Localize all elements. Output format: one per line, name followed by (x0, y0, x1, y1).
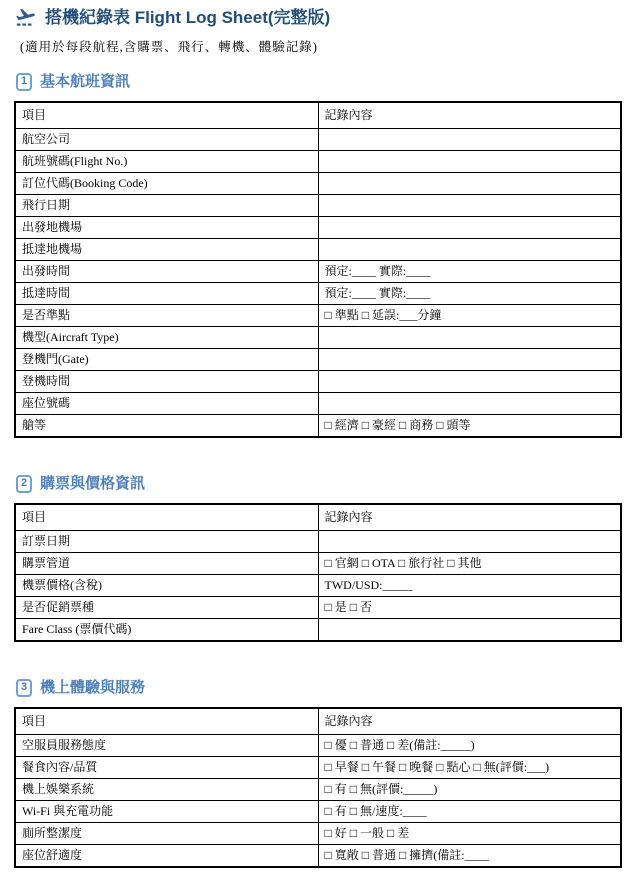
table-row: 訂票日期 (15, 531, 621, 553)
table-row: 座位號碼 (15, 393, 621, 415)
content-cell (318, 173, 621, 195)
section-heading: 2 購票與價格資訊 (16, 474, 622, 493)
table-row: Fare Class (票價代碼) (15, 619, 621, 642)
content-cell (318, 531, 621, 553)
content-cell (318, 371, 621, 393)
content-cell: 預定:____ 實際:____ (318, 283, 621, 305)
item-cell: 是否促銷票種 (15, 597, 318, 619)
section-heading-text: 機上體驗與服務 (40, 678, 145, 697)
document-page: 搭機紀錄表 Flight Log Sheet(完整版) (適用於每段航程,含購票… (0, 0, 636, 868)
content-cell (318, 619, 621, 642)
table-row: 登機門(Gate) (15, 349, 621, 371)
item-cell: 出發地機場 (15, 217, 318, 239)
column-header-content: 記錄內容 (318, 504, 621, 531)
section-heading-text: 基本航班資訊 (40, 72, 130, 91)
item-cell: 航班號碼(Flight No.) (15, 151, 318, 173)
table-row: 登機時間 (15, 371, 621, 393)
document-subtitle: (適用於每段航程,含購票、飛行、轉機、體驗記錄) (20, 37, 622, 55)
content-cell: □ 好 □ 一般 □ 差 (318, 823, 621, 845)
content-cell: □ 有 □ 無(評價:_____) (318, 779, 621, 801)
item-cell: 座位舒適度 (15, 845, 318, 868)
content-cell: □ 寬敞 □ 普通 □ 擁擠(備註:____ (318, 845, 621, 868)
content-cell: 預定:____ 實際:____ (318, 261, 621, 283)
item-cell: 空服員服務態度 (15, 735, 318, 757)
table-row: 廁所整潔度□ 好 □ 一般 □ 差 (15, 823, 621, 845)
table-row: 座位舒適度□ 寬敞 □ 普通 □ 擁擠(備註:____ (15, 845, 621, 868)
table-row: 購票管道□ 官網 □ OTA □ 旅行社 □ 其他 (15, 553, 621, 575)
section-basic-flight-info: 1 基本航班資訊 項目 記錄內容 航空公司航班號碼(Flight No.)訂位代… (14, 72, 622, 438)
document-title-text: 搭機紀錄表 Flight Log Sheet(完整版) (45, 6, 330, 30)
item-cell: 機上娛樂系統 (15, 779, 318, 801)
item-cell: 購票管道 (15, 553, 318, 575)
item-cell: 登機時間 (15, 371, 318, 393)
item-cell: 是否準點 (15, 305, 318, 327)
table-row: 出發地機場 (15, 217, 621, 239)
column-header-item: 項目 (15, 504, 318, 531)
content-cell: □ 準點 □ 延誤:___分鐘 (318, 305, 621, 327)
column-header-item: 項目 (15, 708, 318, 735)
content-cell (318, 217, 621, 239)
item-cell: Wi-Fi 與充電功能 (15, 801, 318, 823)
table-row: 航班號碼(Flight No.) (15, 151, 621, 173)
section-heading: 1 基本航班資訊 (16, 72, 622, 91)
item-cell: 航空公司 (15, 129, 318, 151)
content-cell (318, 327, 621, 349)
table-row: 抵達地機場 (15, 239, 621, 261)
item-cell: Fare Class (票價代碼) (15, 619, 318, 642)
content-cell (318, 129, 621, 151)
ticket-price-table: 項目 記錄內容 訂票日期購票管道□ 官網 □ OTA □ 旅行社 □ 其他機票價… (14, 503, 622, 642)
content-cell: □ 是 □ 否 (318, 597, 621, 619)
section-heading: 3 機上體驗與服務 (16, 678, 622, 697)
section-heading-text: 購票與價格資訊 (40, 474, 145, 493)
item-cell: 艙等 (15, 415, 318, 438)
item-cell: 訂票日期 (15, 531, 318, 553)
item-cell: 飛行日期 (15, 195, 318, 217)
item-cell: 抵達地機場 (15, 239, 318, 261)
content-cell: □ 優 □ 普通 □ 差(備註:_____) (318, 735, 621, 757)
column-header-content: 記錄內容 (318, 102, 621, 129)
table-row: 機上娛樂系統□ 有 □ 無(評價:_____) (15, 779, 621, 801)
column-header-content: 記錄內容 (318, 708, 621, 735)
keycap-3-icon: 3 (16, 679, 32, 697)
table-row: 出發時間預定:____ 實際:____ (15, 261, 621, 283)
content-cell (318, 349, 621, 371)
table-row: 機型(Aircraft Type) (15, 327, 621, 349)
table-row: Wi-Fi 與充電功能□ 有 □ 無/速度:____ (15, 801, 621, 823)
section-ticket-price-info: 2 購票與價格資訊 項目 記錄內容 訂票日期購票管道□ 官網 □ OTA □ 旅… (14, 474, 622, 642)
content-cell (318, 195, 621, 217)
table-row: 飛行日期 (15, 195, 621, 217)
table-row: 航空公司 (15, 129, 621, 151)
table-row: 餐食內容/品質□ 早餐 □ 午餐 □ 晚餐 □ 點心 □ 無(評價:___) (15, 757, 621, 779)
content-cell (318, 393, 621, 415)
column-header-item: 項目 (15, 102, 318, 129)
content-cell: TWD/USD:_____ (318, 575, 621, 597)
table-row: 訂位代碼(Booking Code) (15, 173, 621, 195)
content-cell: □ 早餐 □ 午餐 □ 晚餐 □ 點心 □ 無(評價:___) (318, 757, 621, 779)
table-row: 是否促銷票種□ 是 □ 否 (15, 597, 621, 619)
item-cell: 抵達時間 (15, 283, 318, 305)
item-cell: 機型(Aircraft Type) (15, 327, 318, 349)
table-header-row: 項目 記錄內容 (15, 504, 621, 531)
table-row: 是否準點□ 準點 □ 延誤:___分鐘 (15, 305, 621, 327)
table-header-row: 項目 記錄內容 (15, 708, 621, 735)
item-cell: 機票價格(含稅) (15, 575, 318, 597)
item-cell: 座位號碼 (15, 393, 318, 415)
keycap-2-icon: 2 (16, 475, 32, 493)
document-title: 搭機紀錄表 Flight Log Sheet(完整版) (14, 6, 622, 30)
content-cell: □ 官網 □ OTA □ 旅行社 □ 其他 (318, 553, 621, 575)
table-row: 空服員服務態度□ 優 □ 普通 □ 差(備註:_____) (15, 735, 621, 757)
item-cell: 出發時間 (15, 261, 318, 283)
onboard-experience-table: 項目 記錄內容 空服員服務態度□ 優 □ 普通 □ 差(備註:_____)餐食內… (14, 707, 622, 868)
table-header-row: 項目 記錄內容 (15, 102, 621, 129)
table-row: 艙等□ 經濟 □ 豪經 □ 商務 □ 頭等 (15, 415, 621, 438)
content-cell (318, 239, 621, 261)
item-cell: 訂位代碼(Booking Code) (15, 173, 318, 195)
table-row: 抵達時間預定:____ 實際:____ (15, 283, 621, 305)
item-cell: 登機門(Gate) (15, 349, 318, 371)
item-cell: 廁所整潔度 (15, 823, 318, 845)
airplane-departure-icon (14, 7, 38, 29)
table-row: 機票價格(含稅)TWD/USD:_____ (15, 575, 621, 597)
content-cell: □ 經濟 □ 豪經 □ 商務 □ 頭等 (318, 415, 621, 438)
keycap-1-icon: 1 (16, 73, 32, 91)
section-onboard-experience: 3 機上體驗與服務 項目 記錄內容 空服員服務態度□ 優 □ 普通 □ 差(備註… (14, 678, 622, 868)
item-cell: 餐食內容/品質 (15, 757, 318, 779)
content-cell (318, 151, 621, 173)
content-cell: □ 有 □ 無/速度:____ (318, 801, 621, 823)
basic-flight-info-table: 項目 記錄內容 航空公司航班號碼(Flight No.)訂位代碼(Booking… (14, 101, 622, 438)
